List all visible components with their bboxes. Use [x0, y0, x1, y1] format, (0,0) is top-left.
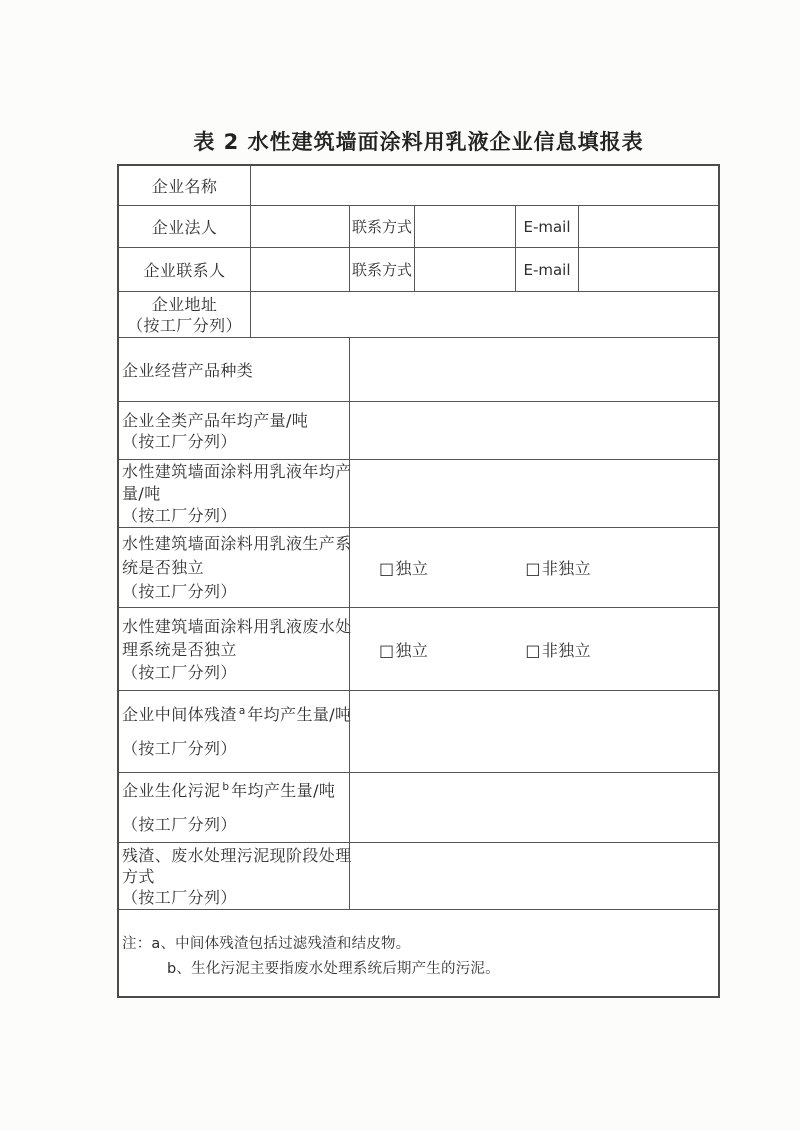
wastewater-system-label-line: （按工厂分列） — [122, 661, 347, 684]
wastewater-system-label-line: 理系统是否独立 — [122, 638, 347, 661]
address-value-cell — [250, 292, 718, 337]
sludge-output-label-line: 企业生化污泥b年均产生量/吨 — [122, 782, 347, 802]
wastewater-system-label: 水性建筑墙面涂料用乳液废水处 理系统是否独立 （按工厂分列） — [119, 608, 349, 690]
page-title: 表 2 水性建筑墙面涂料用乳液企业信息填报表 — [117, 126, 720, 156]
checkbox-icon: □ — [379, 559, 395, 578]
option-label: 独立 — [396, 559, 429, 578]
company-name-label: 企业名称 — [119, 166, 250, 205]
row-product-types: 企业经营产品种类 — [119, 337, 718, 401]
checkbox-icon: □ — [525, 559, 541, 578]
legal-person-contact-value-cell — [414, 206, 515, 247]
contact-person-contact-value-cell — [414, 248, 515, 291]
total-output-label-line: 企业全类产品年均产量/吨 — [122, 410, 347, 431]
row-emulsion-output: 水性建筑墙面涂料用乳液年均产 量/吨 （按工厂分列） — [119, 459, 718, 527]
production-system-label: 水性建筑墙面涂料用乳液生产系 统是否独立 （按工厂分列） — [119, 528, 349, 607]
form-table: 企业名称 企业法人 联系方式 E-mail 企业联系人 联系方式 E-mail … — [117, 164, 720, 998]
wastewater-system-option-not-independent: □非独立 — [525, 638, 591, 661]
address-label: 企业地址 （按工厂分列） — [119, 292, 250, 337]
row-production-system: 水性建筑墙面涂料用乳液生产系 统是否独立 （按工厂分列） □独立 □非独立 — [119, 527, 718, 607]
total-output-label: 企业全类产品年均产量/吨 （按工厂分列） — [119, 402, 349, 459]
scanned-form-page: 表 2 水性建筑墙面涂料用乳液企业信息填报表 企业名称 企业法人 联系方式 E-… — [0, 0, 800, 1131]
option-label: 非独立 — [542, 559, 591, 578]
row-legal-person: 企业法人 联系方式 E-mail — [119, 205, 718, 247]
row-wastewater-system: 水性建筑墙面涂料用乳液废水处 理系统是否独立 （按工厂分列） □独立 □非独立 — [119, 607, 718, 690]
product-types-value-cell — [349, 338, 718, 401]
contact-person-contact-label: 联系方式 — [349, 248, 414, 291]
product-types-label: 企业经营产品种类 — [119, 338, 349, 401]
treatment-method-label-line: （按工厂分列） — [122, 887, 347, 908]
legal-person-email-label: E-mail — [515, 206, 578, 247]
row-sludge-output: 企业生化污泥b年均产生量/吨 （按工厂分列） — [119, 772, 718, 842]
contact-person-value-cell — [250, 248, 349, 291]
production-system-label-line: （按工厂分列） — [122, 580, 347, 604]
production-system-label-line: 水性建筑墙面涂料用乳液生产系 — [122, 532, 347, 556]
superscript-a: a — [239, 705, 245, 717]
row-residue-output: 企业中间体残渣a年均产生量/吨 （按工厂分列） — [119, 690, 718, 772]
emulsion-output-label-line: 量/吨 — [122, 483, 347, 505]
contact-person-email-value-cell — [578, 248, 718, 291]
treatment-method-value-cell — [349, 843, 718, 909]
wastewater-system-label-line: 水性建筑墙面涂料用乳液废水处 — [122, 615, 347, 638]
sludge-output-label: 企业生化污泥b年均产生量/吨 （按工厂分列） — [119, 773, 349, 842]
option-label: 独立 — [396, 641, 429, 660]
residue-output-label-line: 企业中间体残渣a年均产生量/吨 — [122, 706, 347, 726]
row-contact-person: 企业联系人 联系方式 E-mail — [119, 247, 718, 291]
row-treatment-method: 残渣、废水处理污泥现阶段处理 方式 （按工厂分列） — [119, 842, 718, 909]
emulsion-output-label-line: （按工厂分列） — [122, 505, 347, 527]
row-notes: 注：a、中间体残渣包括过滤残渣和结皮物。 b、生化污泥主要指废水处理系统后期产生… — [119, 909, 718, 996]
checkbox-icon: □ — [525, 641, 541, 660]
production-system-option-independent: □独立 — [379, 556, 428, 579]
row-total-output: 企业全类产品年均产量/吨 （按工厂分列） — [119, 401, 718, 459]
legal-person-email-value-cell — [578, 206, 718, 247]
sludge-output-label-line: （按工厂分列） — [122, 816, 347, 834]
total-output-value-cell — [349, 402, 718, 459]
legal-person-label: 企业法人 — [119, 206, 250, 247]
residue-output-value-cell — [349, 691, 718, 772]
note-a: 注：a、中间体残渣包括过滤残渣和结皮物。 — [122, 932, 714, 957]
checkbox-icon: □ — [379, 641, 395, 660]
contact-person-label: 企业联系人 — [119, 248, 250, 291]
note-b: b、生化污泥主要指废水处理系统后期产生的污泥。 — [122, 957, 714, 982]
legal-person-value-cell — [250, 206, 349, 247]
production-system-label-line: 统是否独立 — [122, 556, 347, 580]
production-system-option-not-independent: □非独立 — [525, 556, 591, 579]
row-company-name: 企业名称 — [119, 166, 718, 205]
treatment-method-label-line: 方式 — [122, 866, 347, 887]
wastewater-system-options-cell: □独立 □非独立 — [349, 608, 718, 690]
wastewater-system-option-independent: □独立 — [379, 638, 428, 661]
emulsion-output-label-line: 水性建筑墙面涂料用乳液年均产 — [122, 461, 347, 483]
address-label-line: （按工厂分列） — [127, 315, 242, 336]
superscript-b: b — [222, 781, 229, 793]
residue-output-label: 企业中间体残渣a年均产生量/吨 （按工厂分列） — [119, 691, 349, 772]
production-system-options-cell: □独立 □非独立 — [349, 528, 718, 607]
total-output-label-line: （按工厂分列） — [122, 431, 347, 452]
legal-person-contact-label: 联系方式 — [349, 206, 414, 247]
notes-cell: 注：a、中间体残渣包括过滤残渣和结皮物。 b、生化污泥主要指废水处理系统后期产生… — [119, 910, 718, 996]
treatment-method-label-line: 残渣、废水处理污泥现阶段处理 — [122, 845, 347, 866]
sludge-output-value-cell — [349, 773, 718, 842]
emulsion-output-value-cell — [349, 460, 718, 527]
row-address: 企业地址 （按工厂分列） — [119, 291, 718, 337]
contact-person-email-label: E-mail — [515, 248, 578, 291]
treatment-method-label: 残渣、废水处理污泥现阶段处理 方式 （按工厂分列） — [119, 843, 349, 909]
company-name-value-cell — [250, 166, 718, 205]
residue-output-label-line: （按工厂分列） — [122, 740, 347, 758]
address-label-line: 企业地址 — [152, 294, 218, 315]
emulsion-output-label: 水性建筑墙面涂料用乳液年均产 量/吨 （按工厂分列） — [119, 460, 349, 527]
option-label: 非独立 — [542, 641, 591, 660]
